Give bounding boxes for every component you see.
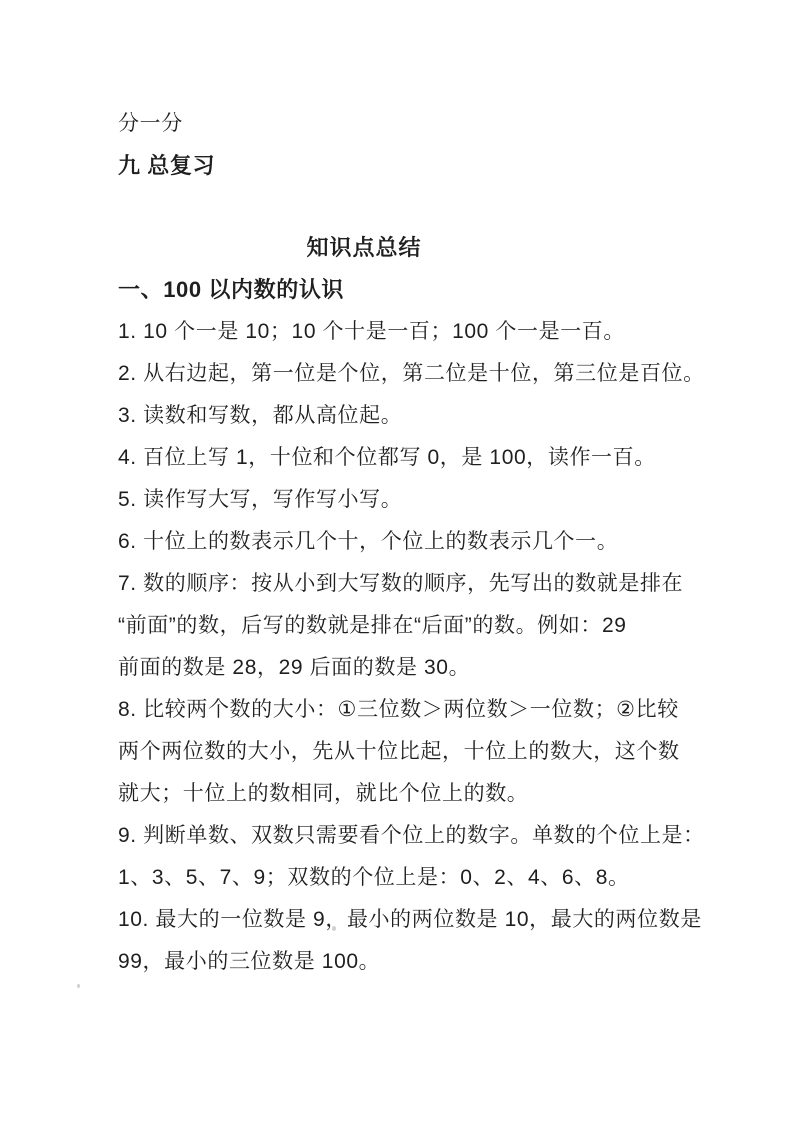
intro-line: 分一分 (118, 103, 688, 145)
body-line: 1、3、5、7、9；双数的个位上是：0、2、4、6、8。 (118, 857, 688, 899)
page-title: 知识点总结 (118, 227, 688, 269)
body-line: 9. 判断单数、双数只需要看个位上的数字。单数的个位上是： (118, 815, 688, 857)
body-line: 5. 读作写大写，写作写小写。 (118, 479, 688, 521)
scan-artifact-dot (332, 926, 336, 931)
body-line: 8. 比较两个数的大小：①三位数＞两位数＞一位数；②比较 (118, 689, 688, 731)
body-line: 1. 10 个一是 10；10 个十是一百；100 个一是一百。 (118, 311, 688, 353)
body-line: 7. 数的顺序：按从小到大写数的顺序，先写出的数就是排在 (118, 563, 688, 605)
chapter-heading: 九 总复习 (118, 145, 688, 187)
body-line: 前面的数是 28，29 后面的数是 30。 (118, 647, 688, 689)
scan-artifact-dot (77, 984, 80, 988)
body-line: 4. 百位上写 1，十位和个位都写 0，是 100，读作一百。 (118, 437, 688, 479)
body-line: 2. 从右边起，第一位是个位，第二位是十位，第三位是百位。 (118, 353, 688, 395)
section-heading: 一、100 以内数的认识 (118, 269, 688, 311)
body-line: 就大；十位上的数相同，就比个位上的数。 (118, 773, 688, 815)
body-line: 99，最小的三位数是 100。 (118, 941, 688, 983)
body-line: 6. 十位上的数表示几个十，个位上的数表示几个一。 (118, 521, 688, 563)
body-line: 10. 最大的一位数是 9，最小的两位数是 10，最大的两位数是 (118, 899, 688, 941)
body-line: “前面”的数，后写的数就是排在“后面”的数。例如：29 (118, 605, 688, 647)
body-line: 3. 读数和写数，都从高位起。 (118, 395, 688, 437)
document-content: 分一分 九 总复习 知识点总结 一、100 以内数的认识 1. 10 个一是 1… (118, 103, 688, 983)
body-line: 两个两位数的大小，先从十位比起，十位上的数大，这个数 (118, 731, 688, 773)
document-page: 分一分 九 总复习 知识点总结 一、100 以内数的认识 1. 10 个一是 1… (0, 0, 793, 1122)
blank-gap (118, 187, 688, 227)
